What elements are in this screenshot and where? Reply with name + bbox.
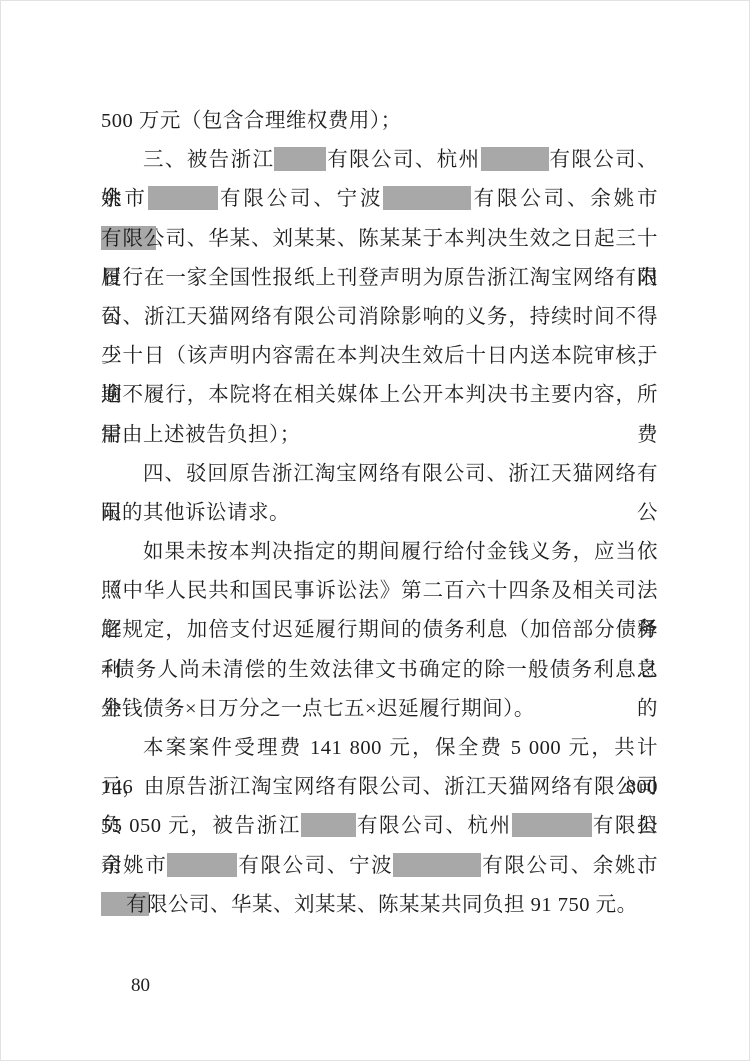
text-line: 四、驳回原告浙江淘宝网络有限公司、浙江天猫网络有限公 xyxy=(101,455,658,494)
text-line: 元，由原告浙江淘宝网络有限公司、浙江天猫网络有限公司负担 xyxy=(101,768,658,807)
text-line: 《中华人民共和国民事诉讼法》第二百六十四条及相关司法解释 xyxy=(101,572,658,611)
text-line: 履行在一家全国性报纸上刊登声明为原告浙江淘宝网络有限公 xyxy=(101,259,658,298)
text-line: 500 万元（包含合理维权费用）； xyxy=(101,102,658,141)
page-number: 80 xyxy=(131,973,150,999)
redaction-box xyxy=(101,892,126,916)
text-line: 三十日（该声明内容需在本判决生效后十日内送本院审核，逾 xyxy=(101,337,658,376)
redaction-box xyxy=(148,186,218,210)
text-line: =债务人尚未清偿的生效法律文书确定的除一般债务利息之外的 xyxy=(101,651,658,690)
text-line: 55 050 元，被告浙江有限公司、杭州有限公司、 xyxy=(101,807,658,846)
text-line: 有限公司、华某、刘某某、陈某某于本判决生效之日起三十日内 xyxy=(101,220,658,259)
text-line: 期不履行，本院将在相关媒体上公开本判决书主要内容，所需费 xyxy=(101,376,658,415)
text-line: 姚市有限公司、宁波有限公司、余姚市 xyxy=(101,180,658,219)
redaction-box xyxy=(393,853,481,877)
text-line: 本案案件受理费 141 800 元，保全费 5 000 元，共计 146 800 xyxy=(101,729,658,768)
document-lines: 500 万元（包含合理维权费用）；三、被告浙江有限公司、杭州有限公司、余姚市有限… xyxy=(101,102,658,925)
text-line: 余姚市有限公司、宁波有限公司、余姚市 xyxy=(101,847,658,886)
text-line: 有限公司、华某、刘某某、陈某某共同负担 91 750 元。 xyxy=(101,886,658,925)
redaction-box xyxy=(301,813,356,837)
redaction-box xyxy=(167,853,237,877)
redaction-box xyxy=(274,147,326,171)
judgment-document-page: 500 万元（包含合理维权费用）；三、被告浙江有限公司、杭州有限公司、余姚市有限… xyxy=(0,0,750,1061)
text-line: 三、被告浙江有限公司、杭州有限公司、余 xyxy=(101,141,658,180)
redaction-box xyxy=(383,186,471,210)
text-line: 之规定，加倍支付迟延履行期间的债务利息（加倍部分债务利息 xyxy=(101,611,658,650)
text-line: 如果未按本判决指定的期间履行给付金钱义务，应当依照 xyxy=(101,533,658,572)
text-line: 司、浙江天猫网络有限公司消除影响的义务，持续时间不得少于 xyxy=(101,298,658,337)
redaction-box xyxy=(512,813,592,837)
redaction-box xyxy=(481,147,549,171)
